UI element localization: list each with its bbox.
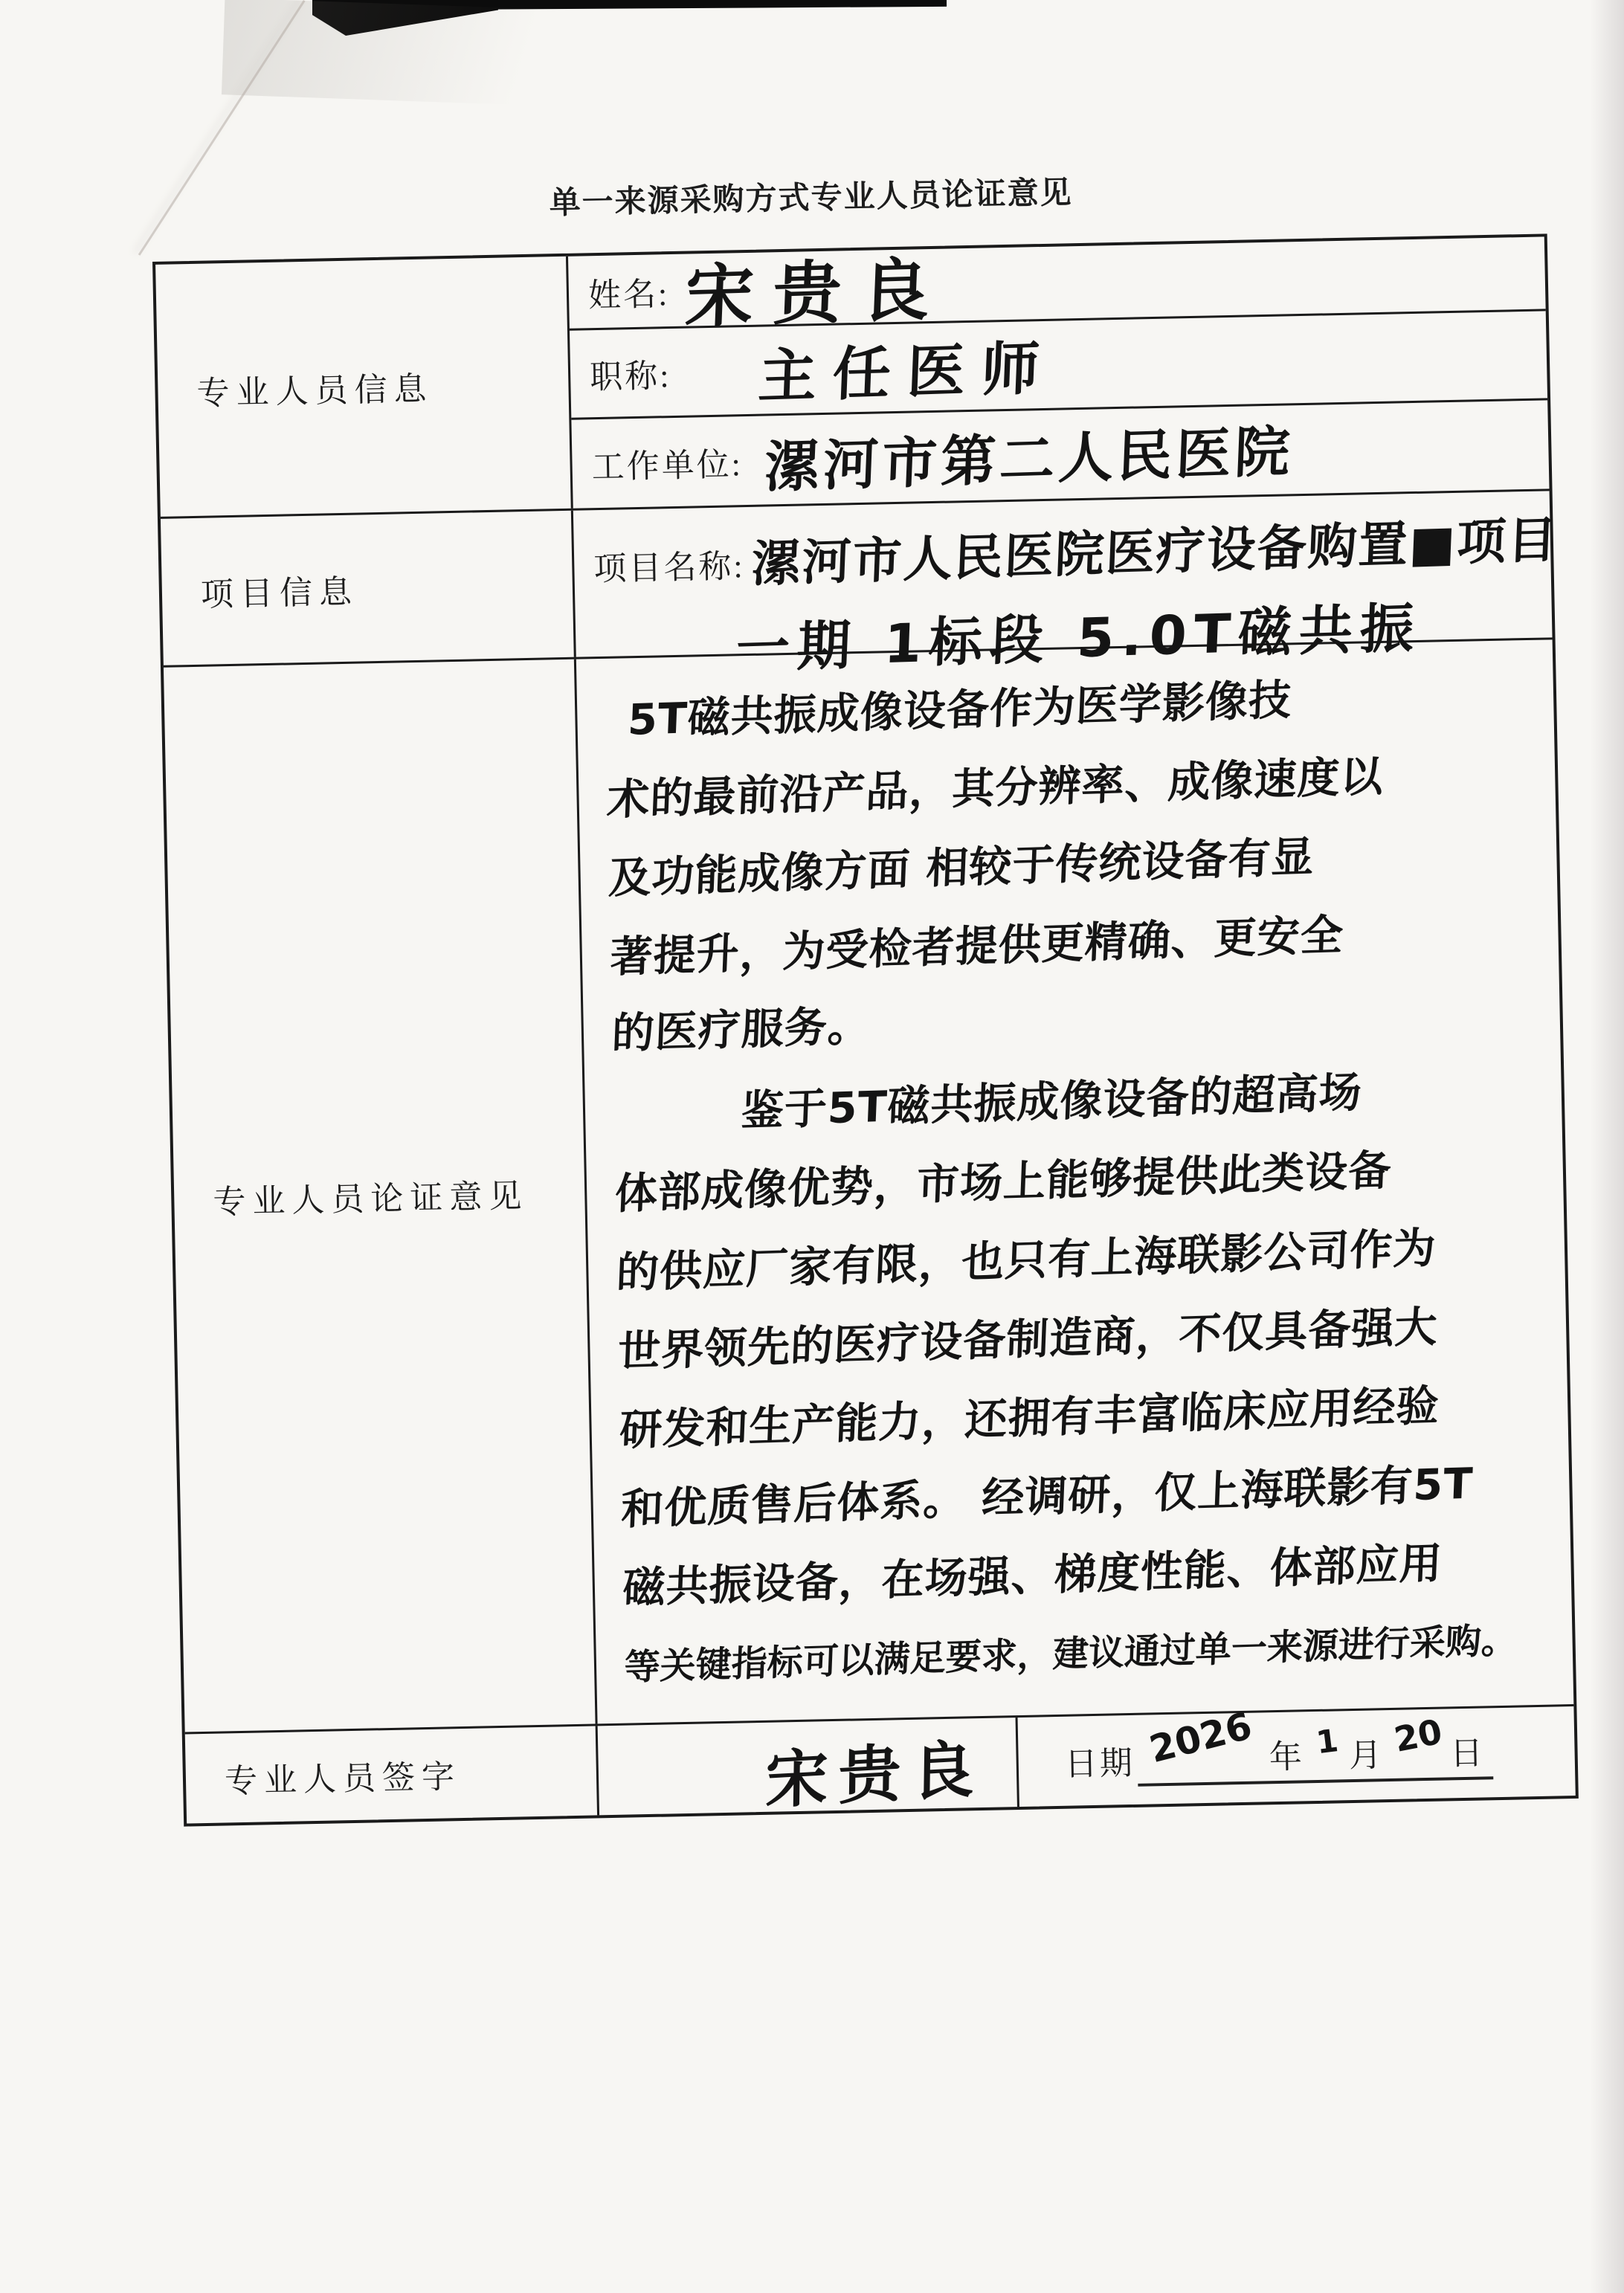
- signature-cell: 宋贵良: [598, 1718, 1019, 1815]
- signature-row-label: 专业人员签字: [185, 1726, 599, 1823]
- document-title: 单一来源采购方式专业人员论证意见: [549, 168, 1073, 223]
- row-personnel-info: 专业人员信息 姓名: 宋贵良 职称: 主任医师 工作单位: 漯河市第二人民医院: [155, 236, 1549, 516]
- opinion-text-block: 5T磁共振成像设备作为医学影像技 术的最前沿产品，其分辨率、成像速度以 及功能成…: [576, 639, 1573, 1723]
- paper-fold-shadow: [222, 0, 686, 111]
- date-year-suffix: 年: [1269, 1738, 1302, 1776]
- opinion-line: 的医疗服务。: [610, 987, 872, 1074]
- date-day-handwritten: 20: [1391, 1712, 1446, 1760]
- job-title-handwritten-value: 主任医师: [757, 321, 1058, 413]
- work-unit-label: 工作单位:: [591, 437, 743, 488]
- paper-edge-shadow: [1590, 0, 1624, 2293]
- project-name-label: 项目名称:: [593, 548, 745, 587]
- project-row-label: 项目信息: [161, 511, 576, 665]
- date-day-suffix: 日: [1450, 1735, 1483, 1773]
- row-opinion: 专业人员论证意见 5T磁共振成像设备作为医学影像技 术的最前沿产品，其分辨率、成…: [164, 637, 1573, 1732]
- personnel-fields: 姓名: 宋贵良 职称: 主任医师 工作单位: 漯河市第二人民医院: [568, 236, 1550, 508]
- row-project-info: 项目信息 项目名称: 漯河市人民医院医疗设备购置■项目 一期 1标段 5.0T磁…: [161, 488, 1553, 665]
- paper-crease-line: [138, 0, 306, 256]
- name-label: 姓名:: [587, 267, 669, 316]
- work-unit-handwritten-value: 漯河市第二人民医院: [764, 407, 1295, 503]
- opinion-row-label: 专业人员论证意见: [164, 659, 598, 1732]
- project-fields: 项目名称: 漯河市人民医院医疗设备购置■项目 一期 1标段 5.0T磁共振: [573, 491, 1553, 657]
- date-label: 日期: [1064, 1736, 1135, 1785]
- form-table: 专业人员信息 姓名: 宋贵良 职称: 主任医师 工作单位: 漯河市第二人民医院 …: [152, 233, 1579, 1826]
- date-year-handwritten: 2026: [1145, 1704, 1256, 1771]
- job-title-label: 职称:: [590, 349, 671, 398]
- personnel-row-label: 专业人员信息: [155, 257, 573, 517]
- date-month-handwritten: 1: [1314, 1722, 1340, 1761]
- name-handwritten-value: 宋贵良: [683, 234, 950, 341]
- date-cell: 日期 2026 年 1 月 20 日: [1018, 1706, 1576, 1807]
- date-month-suffix: 月: [1349, 1737, 1382, 1774]
- scanned-document-page: 单一来源采购方式专业人员论证意见 专业人员信息 姓名: 宋贵良 职称: 主任医师…: [0, 0, 1624, 2293]
- date-underline-group: 2026 年 1 月 20 日: [1137, 1726, 1494, 1787]
- signature-handwritten: 宋贵良: [765, 1718, 985, 1820]
